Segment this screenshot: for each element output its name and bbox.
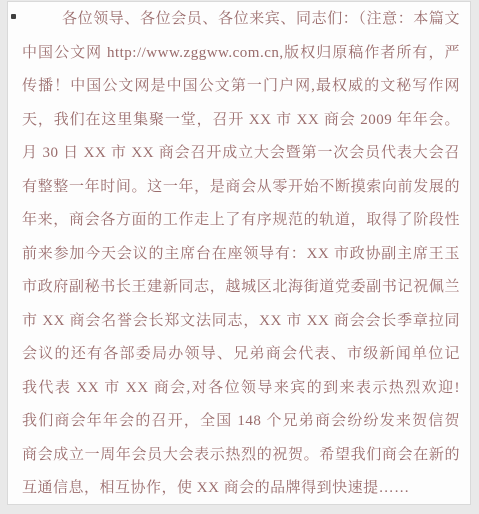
text-line: 天，我们在这里集聚一堂，召开 XX 市 XX 商会 2009 年年会。自 200… [22, 104, 460, 138]
text-line: 商会成立一周年会员大会表示热烈的祝贺。希望我们商会在新的一年里， [22, 439, 460, 473]
text-line: 市 XX 商会名誉会长郑文法同志，XX 市 XX 商会会长季章拉同志。参加今天 [22, 305, 460, 339]
text-line: 各位领导、各位会员、各位来宾、同志们：（注意：本篇文章来源于 [22, 3, 460, 37]
list-bullet-icon [11, 14, 16, 19]
text-line: 前来参加今天会议的主席台在座领导有：XX 市政协副主席王玉书同志，XX [22, 238, 460, 272]
text-line: 我们商会年年会的召开，全国 148 个兄弟商会纷纷发来贺信贺电，对我们 [22, 405, 460, 439]
screenshot-canvas: { "colors": { "canvas_bg": "#e9e9e9", "p… [0, 0, 479, 514]
text-line: 中国公文网 http://www.zggww.com.cn,版权归原稿作者所有，… [22, 37, 460, 71]
text-line: 月 30 日 XX 市 XX 商会召开成立大会暨第一次会员代表大会召开至今，已 [22, 137, 460, 171]
text-line: 传播！中国公文网是中国公文第一门户网,最权威的文秘写作网站） 今 [22, 70, 460, 104]
document-page: 各位领导、各位会员、各位来宾、同志们：（注意：本篇文章来源于 中国公文网 htt… [7, 1, 471, 505]
text-line: 会议的还有各部委局办领导、兄弟商会代表、市级新闻单位记者。在此， [22, 338, 460, 372]
document-text-block: 各位领导、各位会员、各位来宾、同志们：（注意：本篇文章来源于 中国公文网 htt… [22, 3, 460, 506]
text-line: 市政府副秘书长王建新同志，越城区北海街道党委副书记祝佩兰同志，XX [22, 271, 460, 305]
text-line: 互通信息，相互协作，使 XX 商会的品牌得到快速提…… [22, 472, 460, 506]
text-line: 年来，商会各方面的工作走上了有序规范的轨道，取得了阶段性的成绩。 [22, 204, 460, 238]
text-line: 有整整一年时间。这一年，是商会从零开始不断摸索向前发展的一年。一 [22, 171, 460, 205]
text-line: 我代表 XX 市 XX 商会,对各位领导来宾的到来表示热烈欢迎!（鼓掌） 为 [22, 372, 460, 406]
